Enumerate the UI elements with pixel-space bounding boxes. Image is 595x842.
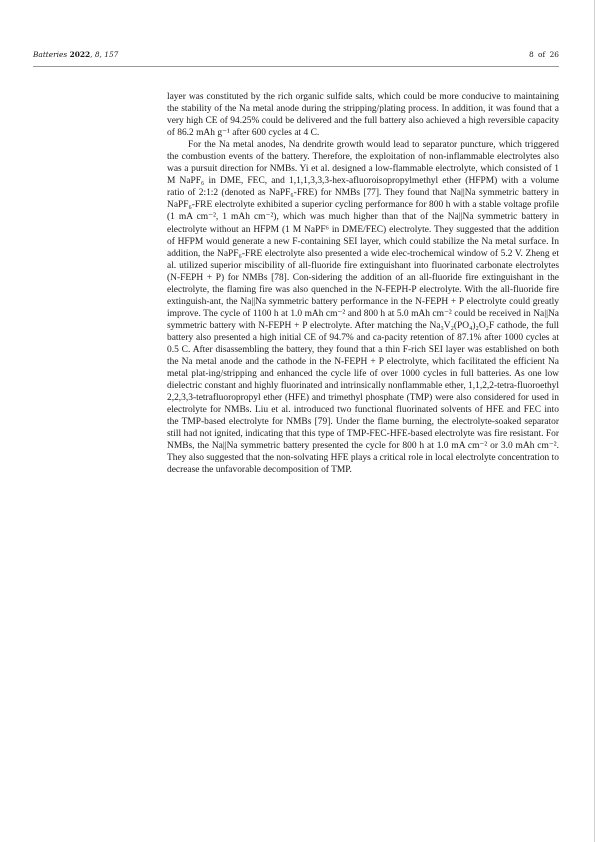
page-total: 26 <box>550 50 559 59</box>
running-header: Batteries 2022, 8, 157 8 of 26 <box>33 50 559 62</box>
page-indicator: 8 of 26 <box>529 50 559 59</box>
journal-volume: , 8, 157 <box>90 50 118 59</box>
journal-citation: Batteries 2022, 8, 157 <box>33 50 118 59</box>
journal-year: 2022 <box>70 50 91 59</box>
body-text: layer was constituted by the rich organi… <box>167 91 559 477</box>
page-number: 8 <box>529 50 534 59</box>
journal-name: Batteries <box>33 50 67 59</box>
paragraph-2: For the Na metal anodes, Na dendrite gro… <box>167 139 559 476</box>
header-divider <box>33 66 559 67</box>
page-of-label: of <box>538 50 545 59</box>
paragraph-1: layer was constituted by the rich organi… <box>167 91 559 139</box>
